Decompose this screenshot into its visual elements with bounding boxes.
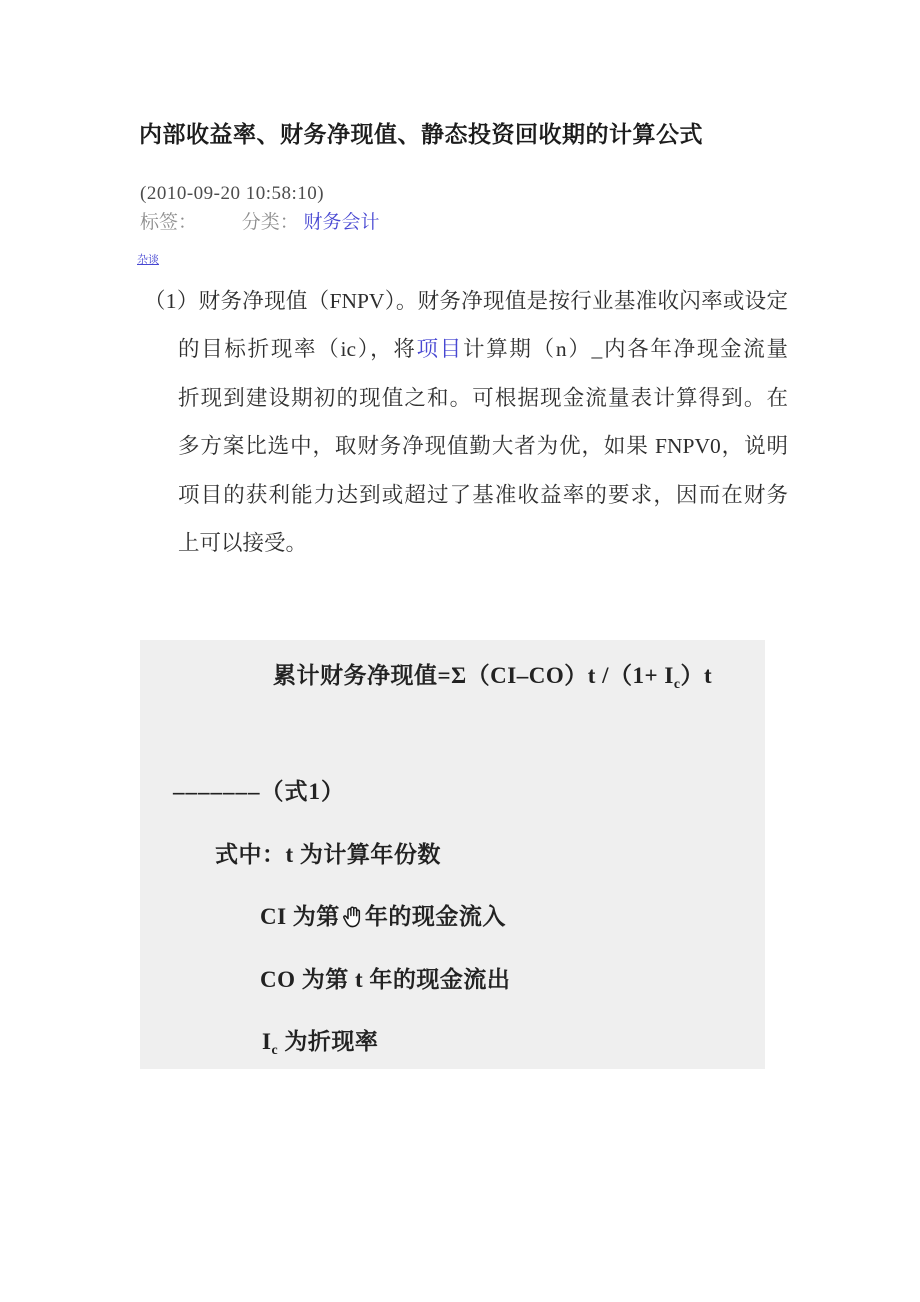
paragraph-line: 项目的获利能力达到或超过了基准收益率的要求，因而在财务	[144, 471, 788, 519]
formula-eq-label: –––––––（式1）	[173, 773, 345, 806]
meta-row: 标签： 分类： 财务会计	[140, 207, 380, 234]
formula-ci-line: CI 为第 年的现金流入	[260, 898, 506, 935]
formula-ic-subscript: c	[271, 1042, 278, 1057]
formula-ic-line: Ic 为折现率	[262, 1023, 378, 1058]
paragraph-line: 多方案比选中，取财务净现值勤大者为优，如果 FNPV0，说明	[144, 422, 788, 470]
formula-image-box: 累计财务净现值=Σ（CI–CO）t /（1+ Ic）t –––––––（式1） …	[140, 640, 765, 1069]
formula-main-text: 累计财务净现值=Σ（CI–CO）t /（1+ I	[273, 663, 674, 688]
hand-cursor-icon	[341, 904, 364, 935]
paragraph-line: 的目标折现率（ic），将项目计算期（n）_内各年净现金流量	[144, 325, 788, 373]
formula-co-line: CO 为第 t 年的现金流出	[260, 961, 510, 994]
category-label: 分类：	[242, 212, 299, 233]
formula-main: 累计财务净现值=Σ（CI–CO）t /（1+ Ic）t	[273, 657, 712, 692]
tag-link-small[interactable]: 杂谈	[137, 251, 159, 267]
category-link[interactable]: 财务会计	[304, 212, 380, 233]
page-title: 内部收益率、财务净现值、静态投资回收期的计算公式	[139, 116, 703, 149]
paragraph-text: （1）财务净现值（FNPV）。财务净现值是按行业基准收闪率或设定	[144, 289, 788, 313]
paragraph-text: 计算期（n）_内各年净现金流量	[463, 337, 788, 361]
paragraph-line: 折现到建设期初的现值之和。可根据现金流量表计算得到。在	[144, 374, 788, 422]
paragraph-text: 的目标折现率（ic），将	[178, 337, 417, 361]
formula-ic-text: 为折现率	[284, 1029, 378, 1054]
body-paragraph: （1）财务净现值（FNPV）。财务净现值是按行业基准收闪率或设定 的目标折现率（…	[144, 277, 788, 567]
paragraph-line: 上可以接受。	[144, 519, 788, 567]
post-timestamp: (2010-09-20 10:58:10)	[140, 183, 324, 205]
inline-link-project[interactable]: 项目	[417, 337, 463, 361]
paragraph-line: （1）财务净现值（FNPV）。财务净现值是按行业基准收闪率或设定	[144, 277, 788, 325]
tags-label: 标签：	[140, 212, 197, 233]
formula-where-t: 式中：t 为计算年份数	[215, 836, 441, 869]
document-page: 内部收益率、财务净现值、静态投资回收期的计算公式 (2010-09-20 10:…	[0, 0, 920, 1302]
formula-main-tail: ）t	[680, 663, 712, 688]
formula-ci-suffix: 年的现金流入	[365, 904, 506, 929]
formula-ci-prefix: CI 为第	[260, 904, 340, 929]
